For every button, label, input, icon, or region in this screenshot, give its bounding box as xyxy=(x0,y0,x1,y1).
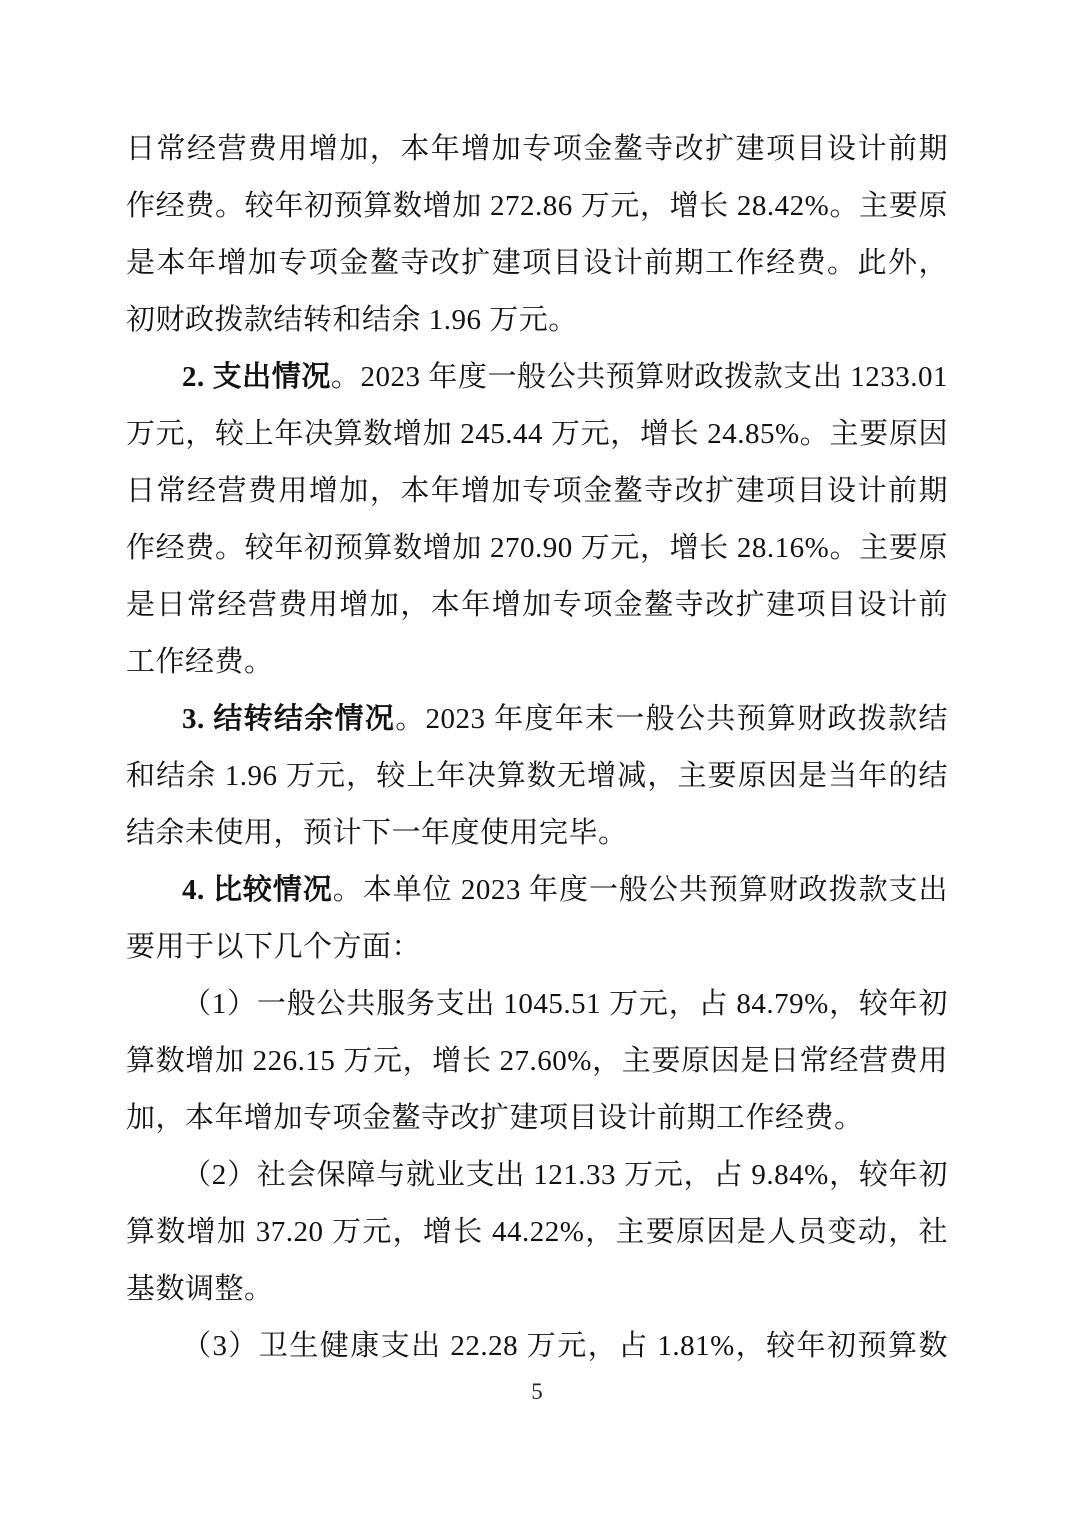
page-number: 5 xyxy=(0,1374,1074,1410)
text-line: 工作经费。 xyxy=(126,634,948,691)
text-line: 基数调整。 xyxy=(126,1261,948,1318)
text-line: 日常经营费用增加，本年增加专项金鳌寺改扩建项目设计前期工 xyxy=(126,121,948,178)
text-line: 3. 结转结余情况。2023 年度年末一般公共预算财政拨款结转 xyxy=(126,691,948,748)
text-line: （2）社会保障与就业支出 121.33 万元，占 9.84%，较年初预 xyxy=(126,1147,948,1204)
text-line: 算数增加 226.15 万元，增长 27.60%，主要原因是日常经营费用增 xyxy=(126,1033,948,1090)
text-span: 。2023 年度一般公共预算财政拨款支出 1233.01 xyxy=(331,361,948,393)
document-body: 日常经营费用增加，本年增加专项金鳌寺改扩建项目设计前期工 作经费。较年初预算数增… xyxy=(126,121,948,1375)
document-page: 日常经营费用增加，本年增加专项金鳌寺改扩建项目设计前期工 作经费。较年初预算数增… xyxy=(0,0,1074,1520)
text-line: 初财政拨款结转和结余 1.96 万元。 xyxy=(126,292,948,349)
text-line: 作经费。较年初预算数增加 270.90 万元，增长 28.16%。主要原因 xyxy=(126,520,948,577)
section-heading-expenditure: 2. 支出情况 xyxy=(182,361,331,393)
text-line: 和结余 1.96 万元，较上年决算数无增减，主要原因是当年的结转 xyxy=(126,748,948,805)
text-line: （3）卫生健康支出 22.28 万元，占 1.81%，较年初预算数无 xyxy=(126,1318,948,1375)
text-line: 2. 支出情况。2023 年度一般公共预算财政拨款支出 1233.01 xyxy=(126,349,948,406)
text-line: 要用于以下几个方面： xyxy=(126,919,948,976)
text-line: 是本年增加专项金鳌寺改扩建项目设计前期工作经费。此外，年 xyxy=(126,235,948,292)
text-line: 算数增加 37.20 万元，增长 44.22%，主要原因是人员变动，社保 xyxy=(126,1204,948,1261)
text-line: 4. 比较情况。本单位 2023 年度一般公共预算财政拨款支出主 xyxy=(126,862,948,919)
text-line: 加，本年增加专项金鳌寺改扩建项目设计前期工作经费。 xyxy=(126,1090,948,1147)
section-heading-comparison: 4. 比较情况 xyxy=(182,874,333,906)
section-heading-carryover: 3. 结转结余情况 xyxy=(182,703,395,735)
text-line: 结余未使用，预计下一年度使用完毕。 xyxy=(126,805,948,862)
text-line: 日常经营费用增加，本年增加专项金鳌寺改扩建项目设计前期工 xyxy=(126,463,948,520)
text-line: 万元，较上年决算数增加 245.44 万元，增长 24.85%。主要原因是 xyxy=(126,406,948,463)
text-line: 作经费。较年初预算数增加 272.86 万元，增长 28.42%。主要原因 xyxy=(126,178,948,235)
text-line: 是日常经营费用增加，本年增加专项金鳌寺改扩建项目设计前期 xyxy=(126,577,948,634)
text-line: （1）一般公共服务支出 1045.51 万元，占 84.79%，较年初预 xyxy=(126,976,948,1033)
